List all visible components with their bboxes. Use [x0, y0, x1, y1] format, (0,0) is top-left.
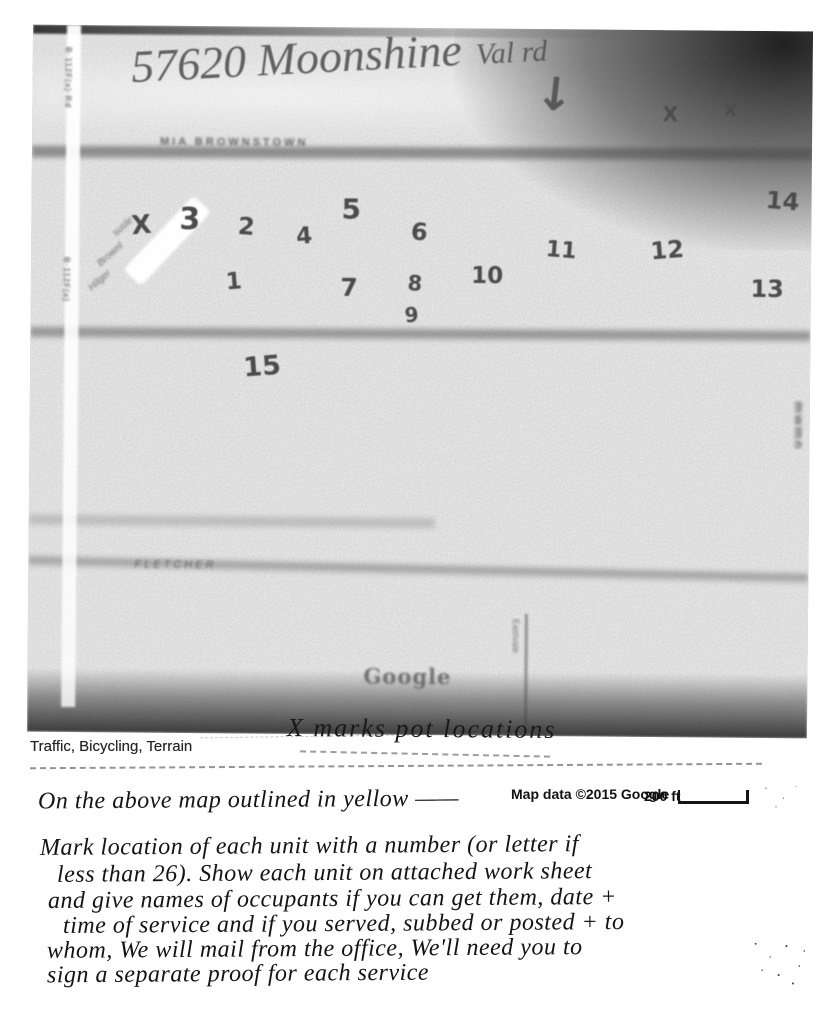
- scan-artifact-dashes: [300, 750, 550, 757]
- map-marker-x: X: [130, 212, 152, 239]
- handwritten-unit-markers: X324561789101112131415XX: [27, 25, 813, 739]
- scanned-map-photocopy: MIA BROWNSTOWN B·112F(a)·Rd B·112F(a) su…: [27, 25, 813, 739]
- map-marker-1: 1: [225, 270, 243, 294]
- ink-speckle-smudge: [756, 778, 806, 812]
- map-marker-12: 12: [649, 237, 684, 264]
- map-marker-9: 9: [403, 304, 418, 325]
- map-marker-11: 11: [545, 239, 577, 263]
- map-marker-10: 10: [471, 265, 503, 288]
- map-layers-options-label: Traffic, Bicycling, Terrain: [30, 738, 192, 755]
- ink-speckle-smudge: [748, 933, 812, 993]
- map-marker-2: 2: [237, 214, 256, 239]
- scan-artifact-dashes: [30, 763, 762, 769]
- map-marker-15: 15: [242, 352, 282, 382]
- map-marker-7: 7: [340, 275, 358, 300]
- handwritten-note-line-2: Mark location of each unit with a number…: [40, 831, 579, 862]
- map-marker-8: 8: [406, 273, 422, 295]
- scale-bar: [678, 790, 749, 804]
- scale-distance-label: 200 ft: [644, 788, 681, 804]
- handwritten-note-line-7: sign a separate proof for each service: [47, 960, 429, 990]
- map-marker-6: 6: [410, 220, 429, 245]
- handwritten-note-line-1: On the above map outlined in yellow ——: [38, 786, 459, 816]
- handwritten-x-marks-note: X marks pot locations: [287, 713, 557, 745]
- blurred-attribution-fragment: Tamaflua te s thamspilad ap: [30, 710, 204, 722]
- map-marker-x: X: [724, 102, 738, 119]
- map-marker-3: 3: [179, 205, 200, 235]
- map-marker-14: 14: [765, 188, 800, 215]
- map-marker-x: X: [663, 104, 679, 124]
- map-marker-4: 4: [295, 225, 313, 249]
- map-marker-13: 13: [750, 277, 784, 301]
- map-marker-5: 5: [341, 195, 361, 223]
